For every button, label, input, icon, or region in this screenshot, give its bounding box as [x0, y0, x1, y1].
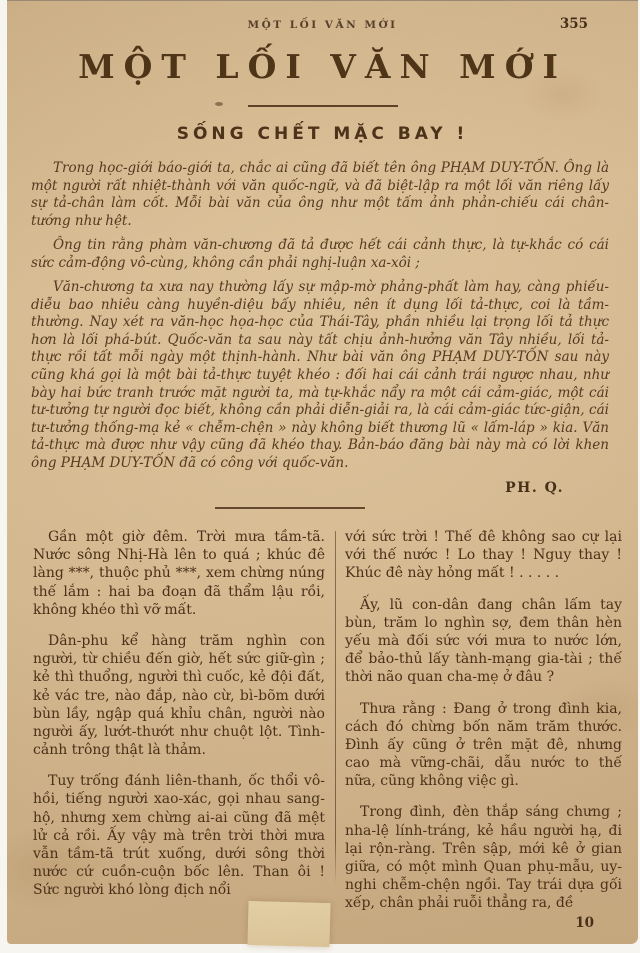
- story-column-left: Gần một giờ đêm. Trời mưa tầm-tã. Nước s…: [33, 528, 325, 902]
- page-number-bottom: 10: [575, 915, 594, 931]
- story-paragraph: Ấy, lũ con-dân đang chân lấm tay bùn, tr…: [345, 596, 622, 687]
- story-columns: Gần một giờ đêm. Trời mưa tầm-tã. Nước s…: [33, 528, 622, 902]
- intro-signature: PH. Q.: [31, 479, 609, 497]
- intro-paragraph: Trong học-giới báo-giới ta, chắc ai cũng…: [31, 160, 609, 230]
- story-paragraph: với sức trời ! Thế đê không sao cự lại v…: [345, 528, 622, 583]
- ink-blemish: [215, 102, 223, 106]
- story-paragraph: Dân-phu kể hàng trăm nghìn con người, từ…: [33, 632, 325, 759]
- page-title: MỘT LỐI VĂN MỚI: [7, 47, 638, 86]
- intro-paragraph: Văn-chương ta xưa nay thường lấy sự mập-…: [31, 279, 609, 472]
- title-divider: [248, 105, 398, 107]
- story-paragraph: Gần một giờ đêm. Trời mưa tầm-tã. Nước s…: [33, 528, 325, 619]
- section-divider: [215, 507, 365, 509]
- story-paragraph: Trong đình, đèn thắp sáng chưng ; nha-lệ…: [345, 803, 622, 912]
- story-paragraph: Tuy trống đánh liên-thanh, ốc thổi vô-hồ…: [33, 772, 325, 899]
- tape-patch: [247, 901, 330, 947]
- page-number-top: 355: [560, 16, 588, 32]
- scanned-book-page: MỘT LỐI VĂN MỚI 355 MỘT LỐI VĂN MỚI SỐNG…: [0, 0, 640, 953]
- running-header: MỘT LỐI VĂN MỚI: [7, 19, 638, 31]
- story-column-right: với sức trời ! Thế đê không sao cự lại v…: [345, 528, 622, 902]
- paper: MỘT LỐI VĂN MỚI 355 MỘT LỐI VĂN MỚI SỐNG…: [7, 0, 638, 944]
- intro-section: Trong học-giới báo-giới ta, chắc ai cũng…: [31, 160, 609, 509]
- story-title: SỐNG CHẾT MẶC BAY !: [7, 124, 638, 144]
- story-paragraph: Thưa rằng : Đang ở trong đình kia, cách …: [345, 700, 622, 791]
- intro-paragraph: Ông tin rằng phàm văn-chương đã tả được …: [31, 237, 609, 272]
- column-divider: [335, 531, 336, 884]
